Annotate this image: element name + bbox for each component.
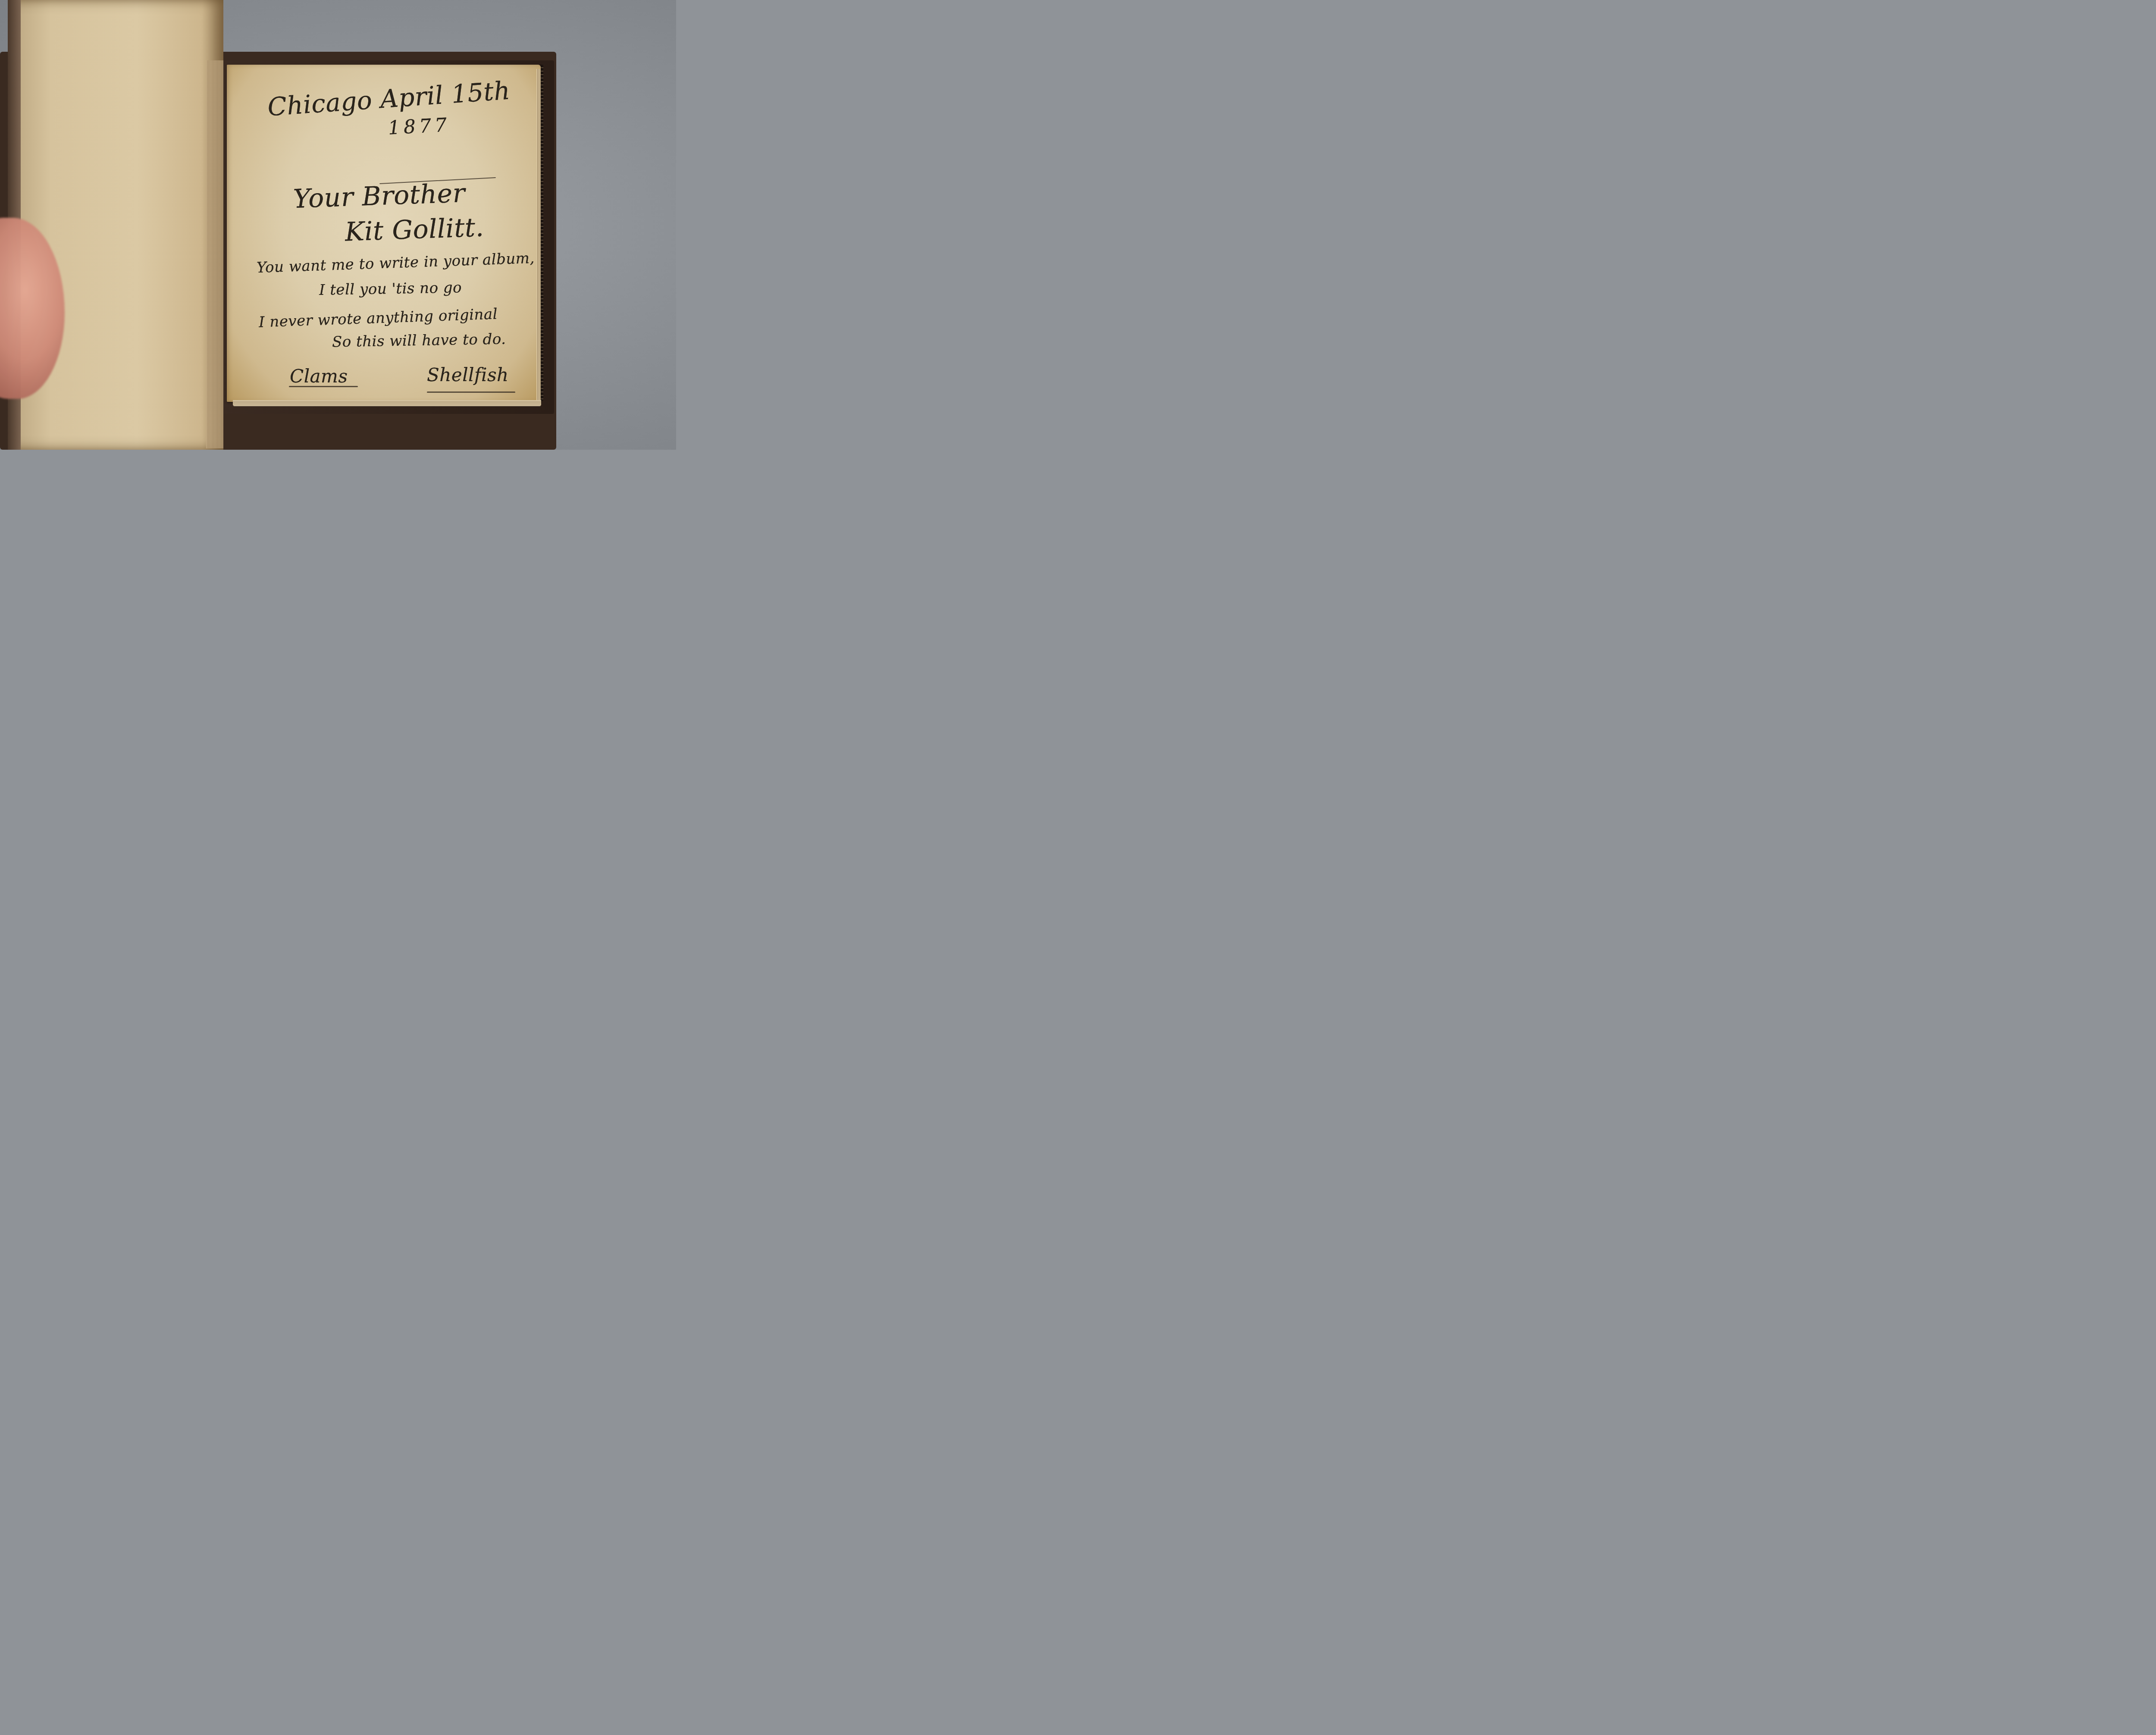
- footer-signature-left: Clams: [290, 366, 348, 387]
- heading-year: 1877: [388, 114, 451, 139]
- footer-signature-right: Shellfish: [427, 364, 509, 385]
- verse-line-2: I tell you 'tis no go: [319, 279, 462, 299]
- closing-signature: Kit Gollitt.: [345, 212, 484, 247]
- gutter-page-edges: [206, 60, 223, 448]
- footer-underline-left: [289, 386, 358, 387]
- right-page-edges: [536, 69, 541, 401]
- closing-salutation: Your Brother: [293, 178, 466, 214]
- footer-underline-right: [427, 391, 515, 393]
- bottom-page-edges: [233, 400, 541, 406]
- verse-line-4: So this will have to do.: [332, 330, 506, 351]
